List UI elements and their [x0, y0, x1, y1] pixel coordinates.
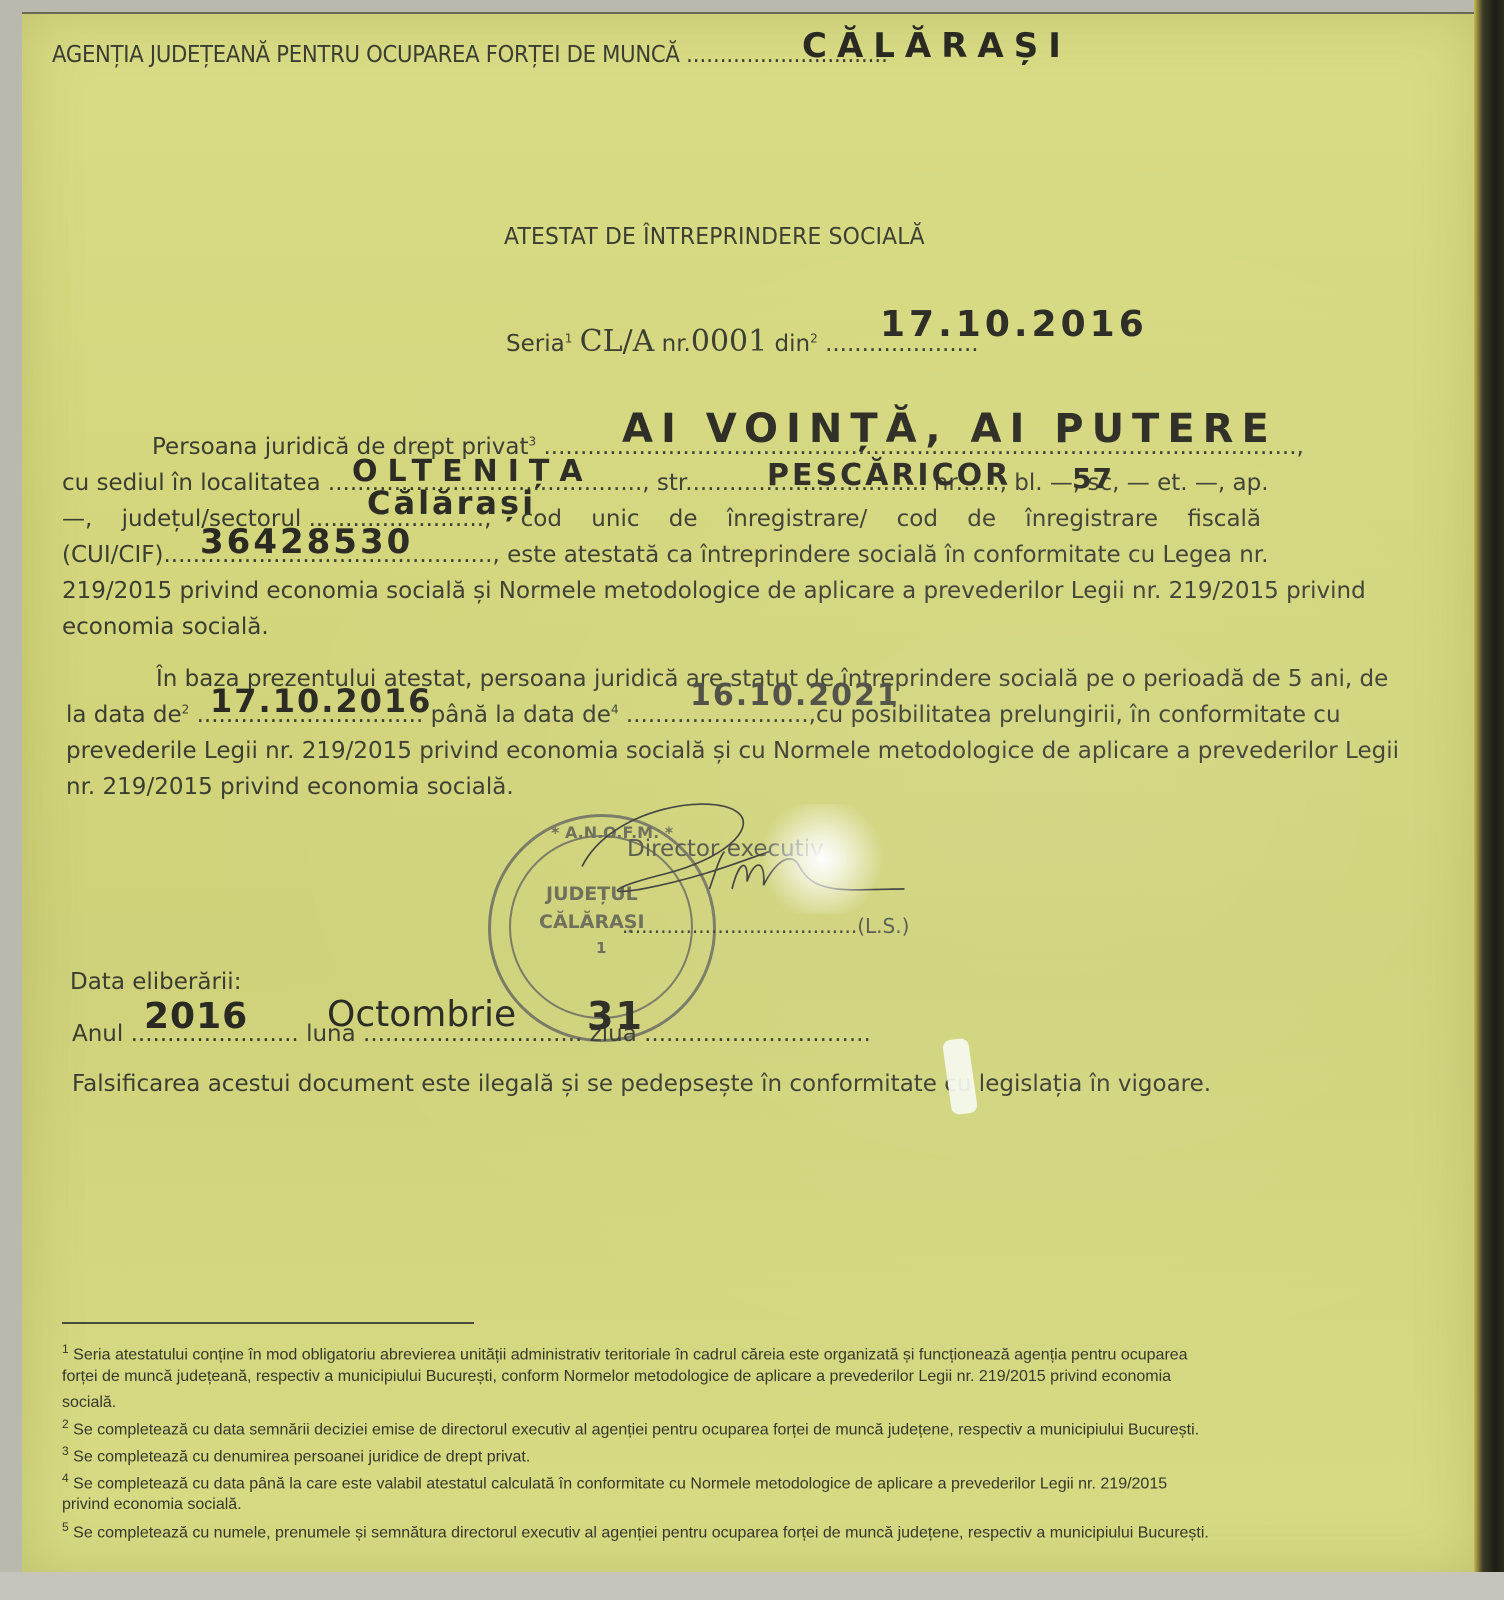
din-label: din: [775, 331, 811, 357]
footnote-ref: 3: [529, 434, 537, 448]
ap-label: ap.: [1233, 470, 1269, 496]
bl-label: bl.: [1014, 470, 1042, 496]
until-label: până la data de: [431, 702, 611, 728]
footnote-5: 5 Se completează cu numele, prenumele și…: [62, 1520, 1209, 1542]
picture-frame-edge: [1474, 0, 1504, 1600]
bl-value: —: [1050, 470, 1073, 496]
footnote-text: Seria atestatului conține în mod obligat…: [73, 1346, 1187, 1363]
footnote-ref: 4: [611, 702, 619, 716]
footnote-divider: [62, 1322, 474, 1324]
footnote-4: 4 Se completează cu data până la care es…: [62, 1471, 1167, 1493]
dots: ...............................: [644, 1021, 871, 1047]
law-line-end: economia socială.: [62, 614, 269, 640]
seria-label: Seria: [506, 331, 565, 357]
validity-law-line-end: nr. 219/2015 privind economia socială.: [66, 774, 514, 800]
certificate-paper: AGENȚIA JUDEȚEANĂ PENTRU OCUPAREA FORȚEI…: [22, 12, 1477, 1574]
footnote-text: Se completează cu numele, prenumele și s…: [73, 1524, 1209, 1541]
footnote-3: 3 Se completează cu denumirea persoanei …: [62, 1444, 530, 1466]
validity-law-line: prevederile Legii nr. 219/2015 privind e…: [66, 738, 1399, 764]
atestata-text: este atestată ca întreprindere socială î…: [507, 542, 1268, 568]
stamp-number: 1: [596, 939, 606, 957]
footnote-text: Se completează cu denumirea persoanei ju…: [73, 1448, 530, 1465]
law-line: 219/2015 privind economia socială și Nor…: [62, 578, 1366, 604]
footnote-1-end: socială.: [62, 1394, 116, 1412]
footnote-num: 5: [62, 1520, 69, 1534]
issue-date-handwritten: 17.10.2016: [880, 304, 1148, 345]
street-handwritten: PESCĂRICOR: [767, 458, 1011, 493]
street-number-handwritten: 57: [1072, 462, 1113, 495]
valid-from-handwritten: 17.10.2016: [210, 682, 432, 720]
footnote-4-end: privind economia socială.: [62, 1496, 242, 1514]
issue-month-handwritten: Octombrie: [327, 994, 516, 1035]
document-title: ATESTAT DE ÎNTREPRINDERE SOCIALĂ: [504, 224, 925, 250]
issue-year-handwritten: 2016: [144, 996, 248, 1037]
agency-header: AGENȚIA JUDEȚEANĂ PENTRU OCUPAREA FORȚEI…: [52, 42, 888, 68]
footnote-text: Se completează cu data până la care este…: [73, 1475, 1167, 1492]
sediu-label: cu sediul în localitatea: [62, 470, 321, 496]
ap-value: —: [62, 506, 85, 532]
footnote-1-cont: forței de muncă județeană, respectiv a m…: [62, 1368, 1171, 1386]
nr-label: nr.: [662, 331, 691, 357]
footnote-num: 2: [62, 1417, 69, 1431]
seria-value: CL/A: [580, 324, 655, 359]
cui-label: (CUI/CIF): [62, 542, 163, 568]
cif-handwritten: 36428530: [200, 522, 413, 562]
nr-value: 0001: [691, 324, 767, 359]
from-label: la data de: [66, 702, 182, 728]
footnote-ref: 1: [565, 331, 573, 345]
footnote-num: 3: [62, 1444, 69, 1458]
footnote-text: Se completează cu data semnării deciziei…: [73, 1421, 1199, 1438]
footnote-num: 4: [62, 1471, 69, 1485]
issue-day-handwritten: 31: [587, 994, 644, 1038]
cod-label: cod unic de înregistrare/ cod de înregis…: [521, 506, 1261, 532]
county-handwritten: Călărași: [367, 484, 536, 522]
valid-until-handwritten: 16.10.2021: [690, 678, 900, 713]
wall-background: [0, 1572, 1504, 1600]
agency-county-handwritten: CĂLĂRAȘI: [802, 26, 1071, 66]
director-signature: [522, 784, 942, 934]
et-label: et.: [1157, 470, 1187, 496]
footnote-num: 1: [62, 1342, 69, 1356]
sc-value: —: [1127, 470, 1150, 496]
issue-date-label: Data eliberării:: [70, 969, 241, 995]
entity-name-handwritten: AI VOINȚĂ, AI PUTERE: [622, 406, 1277, 452]
footnote-ref: 2: [182, 702, 190, 716]
footnote-ref: 2: [810, 331, 818, 345]
et-value: —: [1195, 470, 1218, 496]
footnote-2: 2 Se completează cu data semnării decizi…: [62, 1417, 1199, 1439]
anul-label: Anul: [72, 1021, 123, 1047]
agency-label: AGENȚIA JUDEȚEANĂ PENTRU OCUPAREA FORȚEI…: [52, 42, 680, 68]
footnote-1: 1 Seria atestatului conține în mod oblig…: [62, 1342, 1188, 1364]
forgery-warning: Falsificarea acestui document este ilega…: [72, 1071, 1211, 1097]
light-reflection: [942, 1038, 978, 1116]
str-label: str.: [657, 470, 693, 496]
